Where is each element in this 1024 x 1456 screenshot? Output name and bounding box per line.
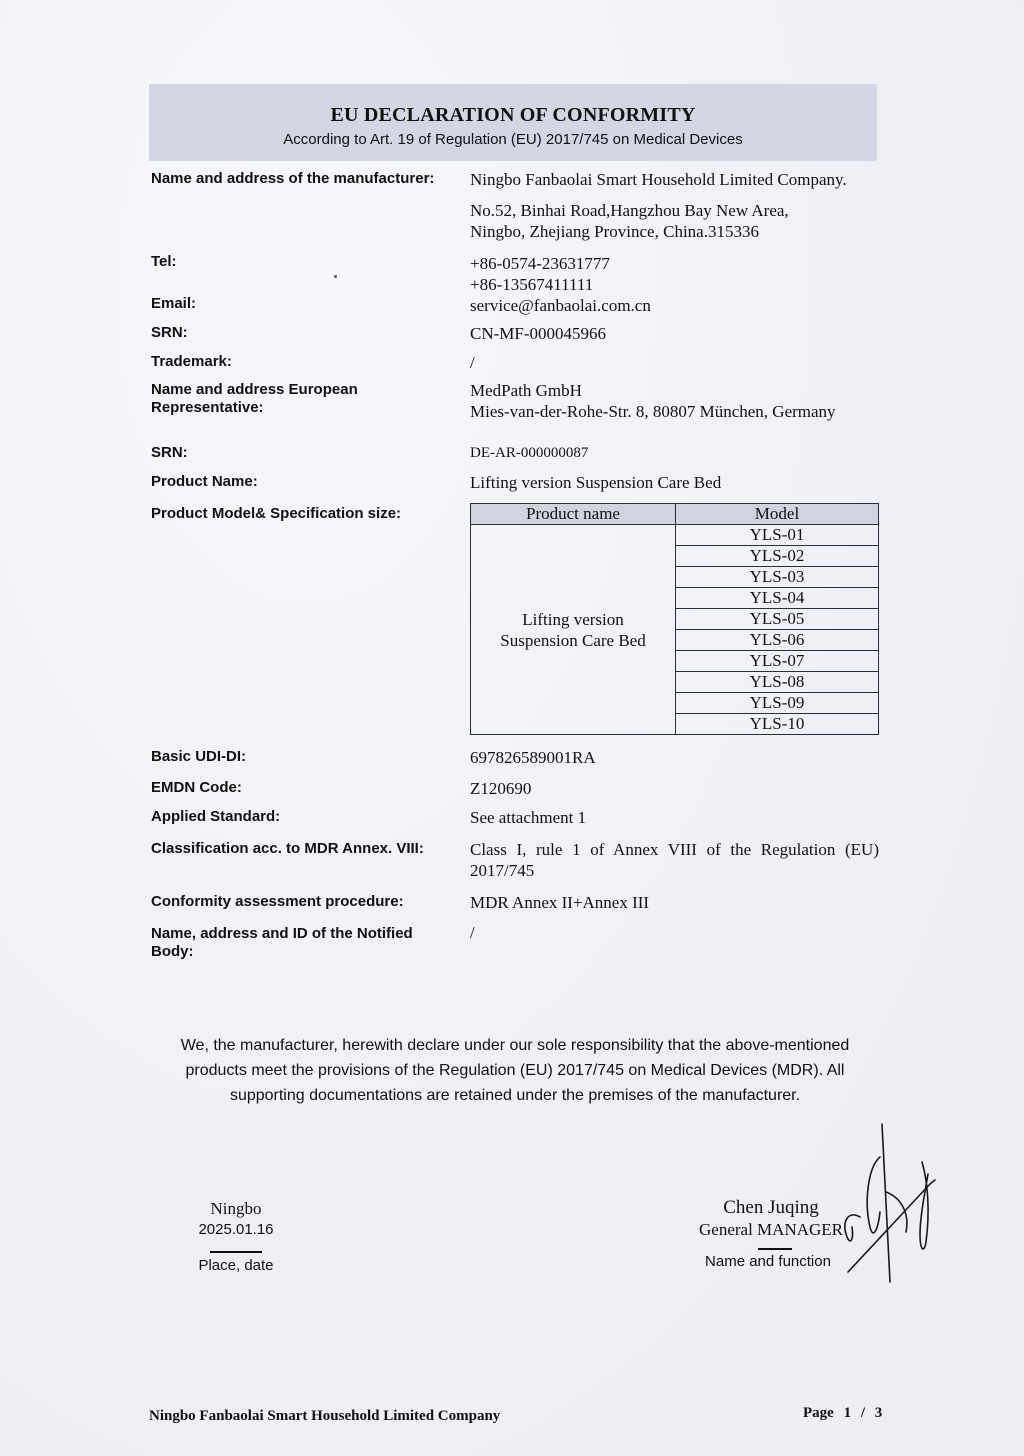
basic-udi-label: Basic UDI-DI: [151, 747, 451, 766]
model-table-header-row: Product name Model [471, 504, 879, 525]
emdn-value: Z120690 [470, 778, 882, 799]
conformity-procedure-label: Conformity assessment procedure: [151, 892, 451, 911]
footer-company: Ningbo Fanbaolai Smart Household Limited… [149, 1408, 500, 1425]
conformity-procedure-value: MDR Annex II+Annex III [470, 892, 882, 913]
model-table-header-model: Model [676, 504, 879, 525]
email-value: service@fanbaolai.com.cn [470, 295, 882, 316]
model-cell: YLS-04 [676, 588, 879, 609]
srn-representative-value: DE-AR-000000087 [470, 443, 882, 464]
classification-value: Class I, rule 1 of Annex VIII of the Reg… [470, 839, 879, 881]
product-name-line1: Lifting version [471, 609, 675, 630]
notified-body-value: / [470, 922, 882, 943]
applied-standard-value: See attachment 1 [470, 807, 882, 828]
place-city: Ningbo [190, 1198, 282, 1220]
applied-standard-label: Applied Standard: [151, 807, 451, 826]
eu-representative-label-line2: Representative: [151, 398, 451, 417]
declaration-statement: We, the manufacturer, herewith declare u… [140, 1033, 890, 1108]
signer-rule [758, 1248, 792, 1250]
document-title: EU DECLARATION OF CONFORMITY [149, 104, 877, 127]
model-cell: YLS-10 [676, 714, 879, 735]
trademark-label: Trademark: [151, 352, 451, 371]
email-label: Email: [151, 294, 451, 313]
model-table-product-name: Lifting versionSuspension Care Bed [471, 525, 676, 735]
model-cell: YLS-09 [676, 693, 879, 714]
model-cell: YLS-08 [676, 672, 879, 693]
handwritten-signature [840, 1122, 950, 1287]
product-model-label: Product Model& Specification size: [151, 504, 451, 523]
page-number: 1 / 3 [844, 1405, 883, 1421]
place-date-block: Ningbo 2025.01.16 Place, date [190, 1198, 282, 1276]
scan-speck [334, 275, 337, 278]
declaration-line-2: products meet the provisions of the Regu… [140, 1058, 890, 1083]
eu-representative-label-line1: Name and address European [151, 380, 451, 399]
signer-function: General MANAGER [690, 1219, 852, 1240]
tel-value-1: +86-0574-23631777 [470, 253, 882, 274]
signer-name: Chen Juqing [690, 1196, 852, 1219]
manufacturer-name: Ningbo Fanbaolai Smart Household Limited… [470, 169, 882, 190]
notified-body-label-line2: Body: [151, 942, 451, 961]
model-cell: YLS-03 [676, 567, 879, 588]
model-cell: YLS-02 [676, 546, 879, 567]
declaration-line-1: We, the manufacturer, herewith declare u… [140, 1033, 890, 1058]
model-cell: YLS-01 [676, 525, 879, 546]
tel-label: Tel: [151, 252, 451, 271]
footer-page: Page 1 / 3 [803, 1405, 882, 1422]
manufacturer-address-line2: Ningbo, Zhejiang Province, China.315336 [470, 221, 882, 242]
trademark-value: / [470, 352, 882, 373]
manufacturer-label: Name and address of the manufacturer: [151, 169, 451, 188]
classification-label: Classification acc. to MDR Annex. VIII: [151, 839, 451, 858]
eu-representative-address: Mies-van-der-Rohe-Str. 8, 80807 München,… [470, 401, 882, 422]
signer-block: Chen Juqing General MANAGER Name and fun… [690, 1196, 852, 1272]
issue-date: 2025.01.16 [190, 1220, 282, 1240]
product-name-label: Product Name: [151, 472, 451, 491]
notified-body-label-line1: Name, address and ID of the Notified [151, 924, 451, 943]
product-name-value: Lifting version Suspension Care Bed [470, 472, 882, 493]
declaration-line-3: supporting documentations are retained u… [140, 1083, 890, 1108]
srn-representative-label: SRN: [151, 443, 451, 462]
model-table-header-product-name: Product name [471, 504, 676, 525]
place-date-rule [210, 1251, 262, 1253]
model-table-row: Lifting versionSuspension Care BedYLS-01 [471, 525, 879, 546]
eu-representative-name: MedPath GmbH [470, 380, 882, 401]
title-band: EU DECLARATION OF CONFORMITY According t… [149, 84, 877, 161]
model-cell: YLS-07 [676, 651, 879, 672]
srn-manufacturer-value: CN-MF-000045966 [470, 323, 882, 344]
srn-manufacturer-label: SRN: [151, 323, 451, 342]
place-date-caption: Place, date [190, 1256, 282, 1276]
emdn-label: EMDN Code: [151, 778, 451, 797]
manufacturer-address-line1: No.52, Binhai Road,Hangzhou Bay New Area… [470, 200, 882, 221]
model-table: Product name Model Lifting versionSuspen… [470, 503, 879, 735]
product-name-line2: Suspension Care Bed [471, 630, 675, 651]
signer-caption: Name and function [684, 1252, 852, 1272]
model-cell: YLS-05 [676, 609, 879, 630]
tel-value-2: +86-13567411111 [470, 274, 882, 295]
document-subtitle: According to Art. 19 of Regulation (EU) … [149, 131, 877, 148]
page-label: Page [803, 1405, 834, 1421]
model-cell: YLS-06 [676, 630, 879, 651]
basic-udi-value: 697826589001RA [470, 747, 882, 768]
